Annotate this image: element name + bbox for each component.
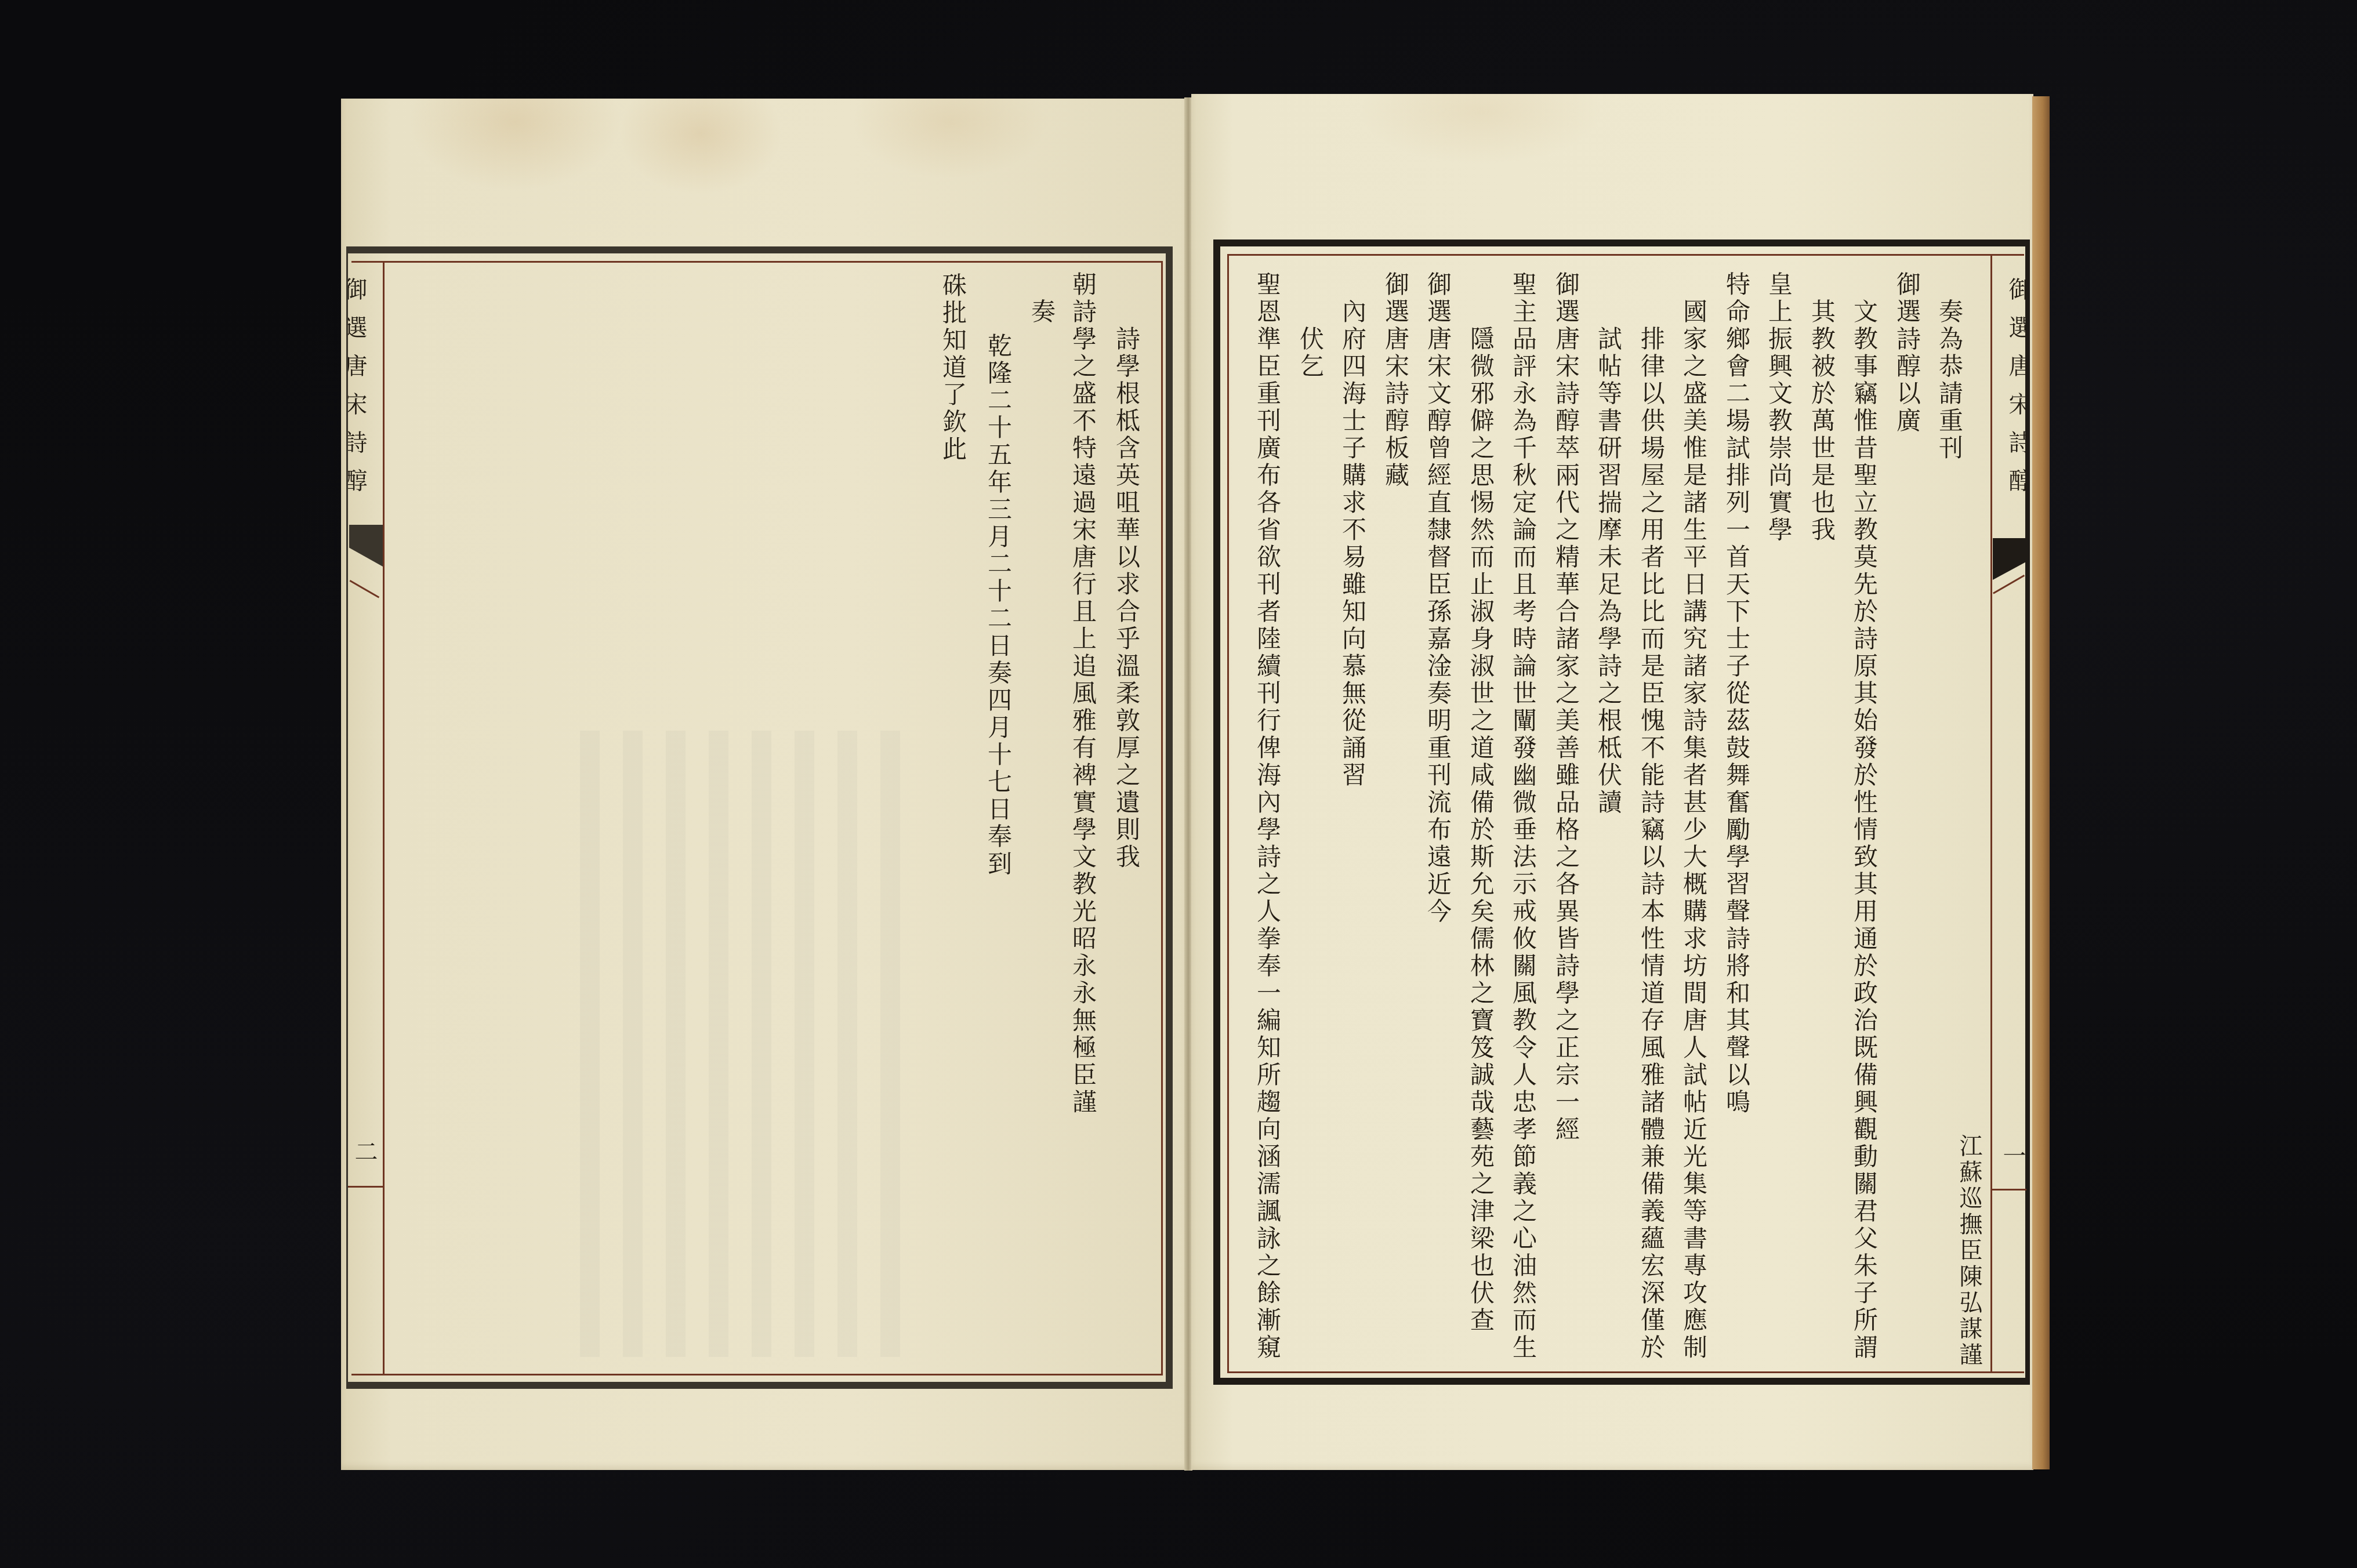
text-column: 試帖等書研習揣摩未足為學詩之根柢伏讀: [1596, 326, 1620, 816]
banxin-title-clip: 御選唐宋詩醇: [348, 277, 383, 521]
banxin-rule: [1990, 254, 1992, 1373]
text-column: 聖恩準臣重刊廣布各省欲刊者陸續刊行俾海內學詩之人拳奉一編知所趨向涵濡諷詠之餘漸窺: [1255, 271, 1279, 1362]
banxin-title-clip: 御選唐宋詩醇: [1993, 277, 2026, 527]
left-page-inner-rule: [351, 261, 1163, 1375]
page-number: 一: [2001, 1144, 2024, 1167]
text-column: 御選唐宋文醇曾經直隸督臣孫嘉淦奏明重刊流布遠近今: [1426, 271, 1450, 925]
text-column: 奏: [1029, 299, 1054, 326]
banxin-divider: [1992, 1189, 2026, 1190]
text-column: 特命鄉會二場試排列一首天下士子從茲鼓舞奮勵學習聲詩將和其聲以鳴: [1724, 271, 1749, 1116]
text-column: 伏乞: [1298, 326, 1322, 380]
text-column: 朝詩學之盛不特遠過宋唐行且上追風雅有裨實學文教光昭永永無極臣謹: [1071, 271, 1095, 1116]
text-column: 國家之盛美惟是諸生平日講究諸家詩集者甚少大概購求坊間唐人試帖近光集等書專攻應制: [1681, 299, 1706, 1362]
banxin-divider: [348, 1186, 384, 1188]
imperial-rescript-column: 硃批知道了欽此: [941, 273, 965, 463]
text-column: 御選詩醇以廣: [1895, 271, 1919, 435]
text-column: 隱微邪僻之思惕然而止淑身淑世之道咸備於斯允矣儒林之寶笈誠哉藝苑之津梁也伏查: [1468, 326, 1493, 1334]
text-column: 皇上振興文教崇尚實學: [1767, 271, 1791, 544]
page-number-clip: 一: [1993, 1144, 2026, 1173]
banxin-title: 御選唐宋詩醇: [2007, 277, 2026, 507]
page-number: 二: [353, 1139, 376, 1163]
text-column: 排律以供場屋之用者比比而是臣愧不能詩竊以詩本性情道存風雅諸體兼備義蘊宏深僅於: [1639, 326, 1663, 1362]
banxin-title: 御選唐宋詩醇: [348, 277, 365, 507]
text-column: 內府四海士子購求不易雖知向慕無從誦習: [1340, 299, 1365, 789]
text-column: 聖主品評永為千秋定論而且考時論世闡發幽微垂法示戒攸關風教令人忠孝節義之心油然而生: [1511, 271, 1535, 1362]
page-number-clip: 二: [348, 1139, 383, 1168]
text-column: 御選唐宋詩醇板藏: [1383, 271, 1408, 489]
date-column: 乾隆二十五年三月二十二日奏四月十七日奉到: [986, 333, 1010, 878]
book-fore-edge: [2032, 96, 2050, 1469]
text-column: 奏為恭請重刊: [1937, 299, 1961, 462]
text-column: 文教事竊惟昔聖立教莫先於詩原其始發於性情致其用通於政治既備興觀動關君父朱子所謂: [1852, 299, 1876, 1362]
text-column: 其教被於萬世是也我: [1810, 299, 1834, 544]
text-column: 詩學根柢含英咀華以求合乎溫柔敦厚之遺則我: [1114, 326, 1138, 871]
memorial-signature: 江蘇巡撫臣陳弘謀謹: [1957, 1134, 1981, 1369]
banxin-rule: [383, 261, 385, 1375]
text-column: 御選唐宋詩醇萃兩代之精華合諸家之美善雖品格之各異皆詩學之正宗一經: [1554, 271, 1578, 1144]
